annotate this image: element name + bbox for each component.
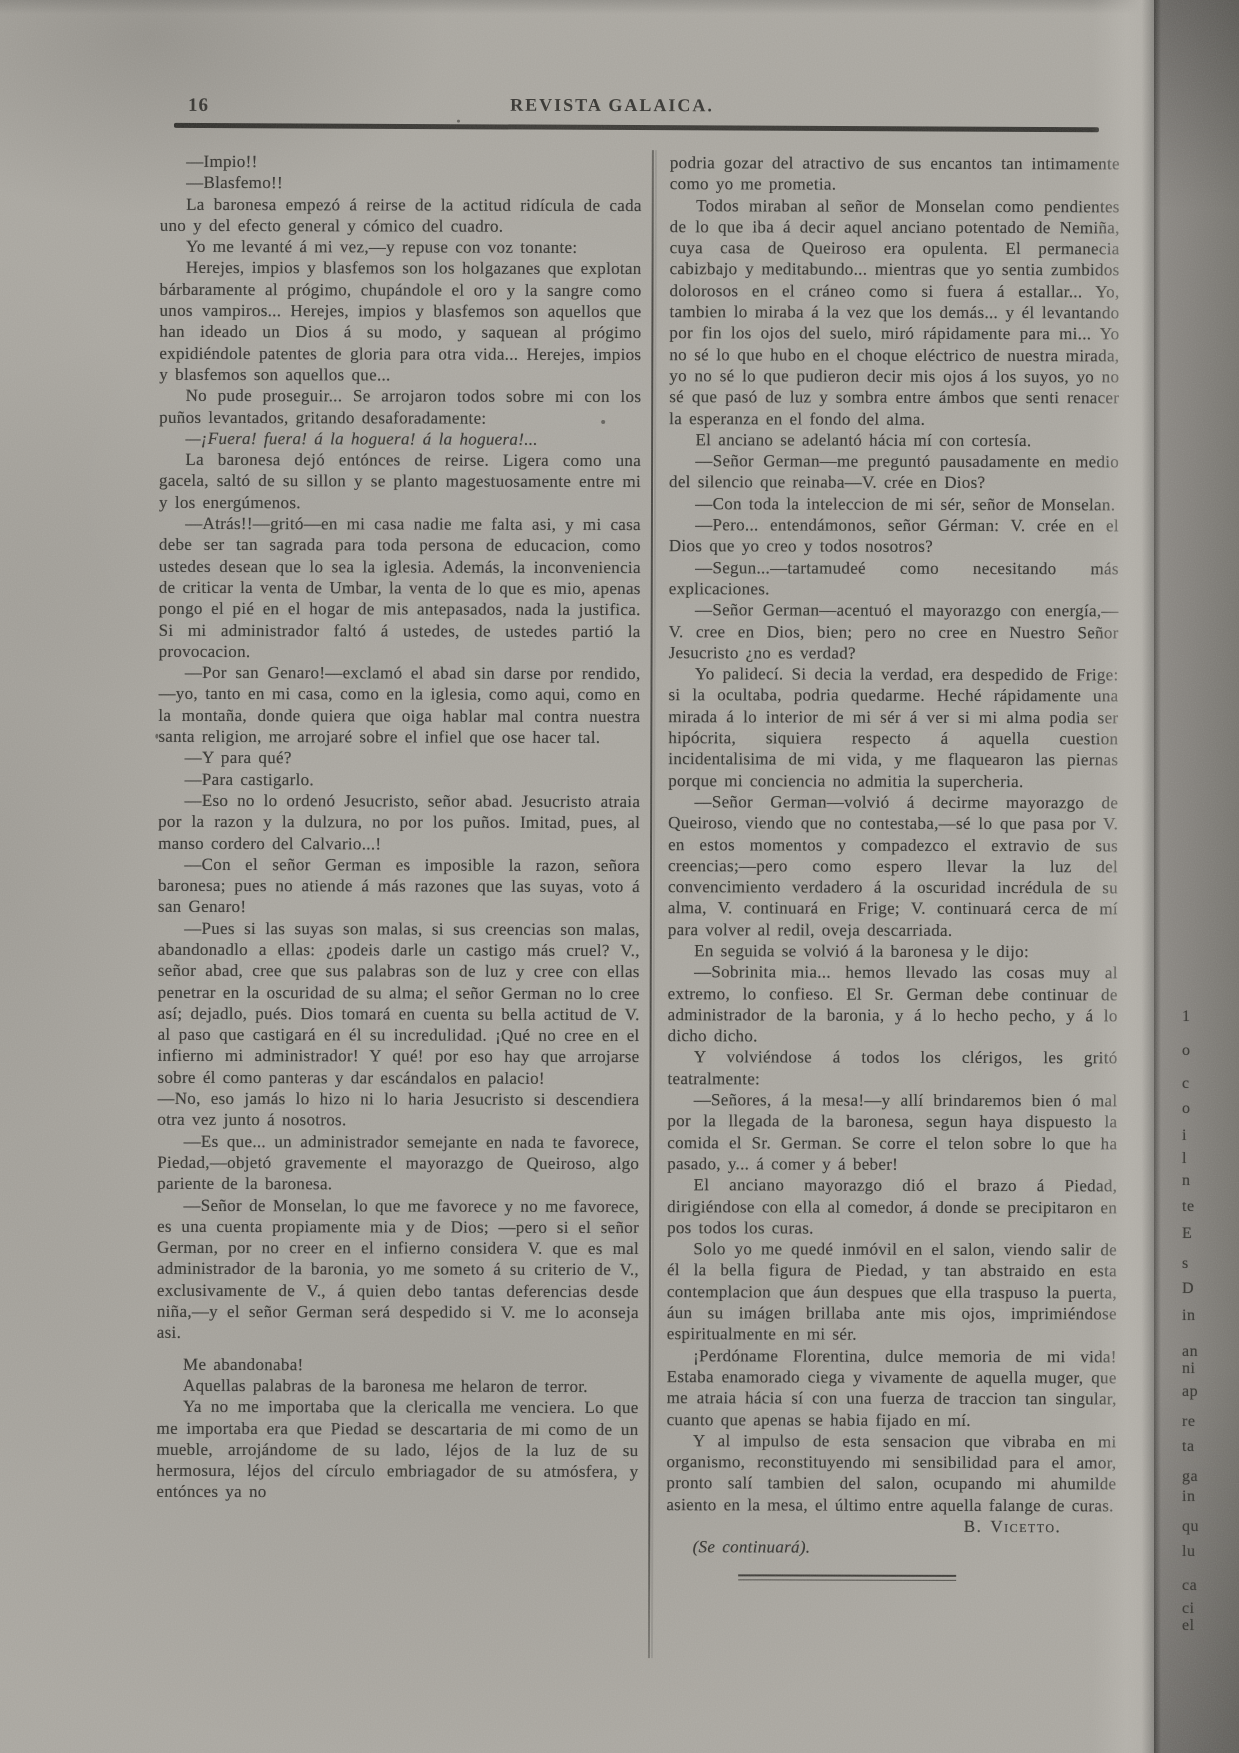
- paragraph: —Pues si las suyas son malas, si sus cre…: [157, 917, 639, 1089]
- paragraph: —Y para qué?: [158, 747, 640, 770]
- text-fragment: te: [1182, 1198, 1195, 1216]
- text-fragment: ap: [1182, 1383, 1198, 1401]
- text-fragment: E: [1182, 1225, 1192, 1243]
- end-rule: [738, 1574, 956, 1581]
- paragraph: —Para castigarlo.: [158, 768, 640, 791]
- paragraph: Yo me levanté á mi vez,—y repuse con voz…: [160, 236, 642, 259]
- paragraph: —Blasfemo!!: [160, 172, 642, 195]
- paragraph: En seguida se volvió á la baronesa y le …: [668, 940, 1118, 962]
- text-fragment: lu: [1182, 1543, 1195, 1561]
- text-fragment: i: [1182, 1127, 1187, 1145]
- paragraph: No pude proseguir... Se arrojaron todos …: [159, 385, 641, 429]
- paragraph: —Es que... un administrador semejante en…: [157, 1130, 639, 1195]
- column-divider: [648, 150, 654, 1658]
- text-fragment: qu: [1182, 1518, 1199, 1536]
- paragraph: —Señor German—volvió á decirme mayorazgo…: [668, 791, 1118, 941]
- paragraph: El anciano se adelantó hácia mí con cort…: [669, 429, 1119, 451]
- paragraph: Aquellas palabras de la baronesa me hela…: [157, 1375, 639, 1398]
- paragraph: Ya no me importaba que la clericalla me …: [156, 1396, 638, 1504]
- adjacent-page-text-fragments: 1ocoilnteEsDinanniapretagainqulucaciel: [1182, 0, 1239, 1753]
- text-fragment: an: [1182, 1343, 1198, 1361]
- right-column-paragraphs: podria gozar del atractivo de sus encant…: [666, 152, 1120, 1516]
- left-column: —Impio!!—Blasfemo!!La baronesa empezó á …: [156, 151, 642, 1662]
- journal-title: REVISTA GALAICA.: [362, 94, 862, 116]
- text-fragment: ci: [1182, 1600, 1195, 1618]
- page-number: 16: [188, 95, 209, 117]
- paragraph: Y al impulso de esta sensacion que vibra…: [666, 1430, 1116, 1516]
- text-fragment: in: [1182, 1307, 1195, 1325]
- right-column: podria gozar del atractivo de sus encant…: [666, 152, 1120, 1698]
- paragraph: Solo yo me quedé inmóvil en el salon, vi…: [667, 1238, 1117, 1346]
- ink-speck: [457, 120, 460, 123]
- text-fragment: ta: [1182, 1438, 1195, 1456]
- paragraph: —Con el señor German es imposible la raz…: [158, 854, 640, 919]
- text-fragment: o: [1182, 1042, 1191, 1060]
- paragraph: La baronesa dejó entónces de reirse. Lig…: [159, 449, 641, 514]
- text-fragment: c: [1182, 1075, 1190, 1093]
- paragraph: La baronesa empezó á reirse de la actitu…: [160, 193, 642, 237]
- scanned-page: 16 REVISTA GALAICA. —Impio!!—Blasfemo!!L…: [0, 0, 1239, 1753]
- book-gutter-shadow: [1092, 0, 1154, 1753]
- paragraph: —Impio!!: [160, 151, 642, 174]
- paragraph: Herejes, impios y blasfemos son los holg…: [159, 257, 641, 386]
- text-fragment: re: [1182, 1413, 1195, 1431]
- paragraph: —Con toda la inteleccion de mi sér, seño…: [669, 493, 1119, 515]
- paragraph: El anciano mayorazgo dió el brazo á Pied…: [667, 1174, 1117, 1239]
- text-fragment: D: [1182, 1280, 1194, 1298]
- text-fragment: n: [1182, 1172, 1191, 1190]
- paragraph: Y volviéndose á todos los clérigos, les …: [667, 1047, 1117, 1091]
- text-fragment: l: [1182, 1150, 1187, 1168]
- adjacent-page-edge: 1ocoilnteEsDinanniapretagainqulucaciel: [1154, 0, 1239, 1753]
- paragraph: —Señor de Monselan, lo que me favorece y…: [157, 1194, 639, 1344]
- paragraph: —Por san Genaro!—exclamó el abad sin dar…: [158, 662, 640, 748]
- text-fragment: ni: [1182, 1360, 1195, 1378]
- paragraph: ¡Perdóname Florentina, dulce memoria de …: [667, 1345, 1117, 1431]
- paragraph: —Segun...—tartamudeé como necesitando má…: [669, 557, 1119, 601]
- text-fragment: ga: [1182, 1468, 1198, 1486]
- paragraph: —No, eso jamás lo hizo ni lo haria Jesuc…: [157, 1088, 639, 1132]
- text-fragment: el: [1182, 1617, 1195, 1635]
- paragraph: podria gozar del atractivo de sus encant…: [670, 152, 1120, 196]
- paragraph: —Señor German—me preguntó pausadamente e…: [669, 450, 1119, 494]
- header-rule: [174, 123, 1099, 132]
- continuation-note: (Se continuará).: [666, 1536, 1116, 1558]
- paragraph: —Sobrinita mia... hemos llevado las cosa…: [668, 961, 1118, 1047]
- paragraph: —Señores, á la mesa!—y allí brindaremos …: [667, 1089, 1117, 1175]
- ink-speck: [601, 420, 605, 424]
- text-fragment: 1: [1182, 1008, 1191, 1026]
- paragraph: —Señor German—acentuó el mayorazgo con e…: [669, 599, 1119, 664]
- ink-speck: [155, 734, 158, 739]
- text-fragment: o: [1182, 1100, 1191, 1118]
- author-signature: B. Vicetto.: [666, 1515, 1116, 1537]
- text-fragment: s: [1182, 1255, 1189, 1273]
- paragraph: —Eso no lo ordenó Jesucristo, señor abad…: [158, 790, 640, 855]
- paragraph: Yo palidecí. Si decia la verdad, era des…: [668, 663, 1118, 792]
- paragraph: —Pero... entendámonos, señor Gérman: V. …: [669, 514, 1119, 558]
- paragraph: —Atrás!!—gritó—en mi casa nadie me falta…: [159, 513, 641, 663]
- paragraph: Me abandonaba!: [157, 1353, 639, 1376]
- text-fragment: in: [1182, 1488, 1195, 1506]
- page-content: 16 REVISTA GALAICA. —Impio!!—Blasfemo!!L…: [0, 0, 1239, 1753]
- text-fragment: ca: [1182, 1577, 1197, 1595]
- paragraph: —¡Fuera! fuera! á la hoguera! á la hogue…: [159, 428, 641, 451]
- paragraph: Todos miraban al señor de Monselan como …: [669, 195, 1120, 430]
